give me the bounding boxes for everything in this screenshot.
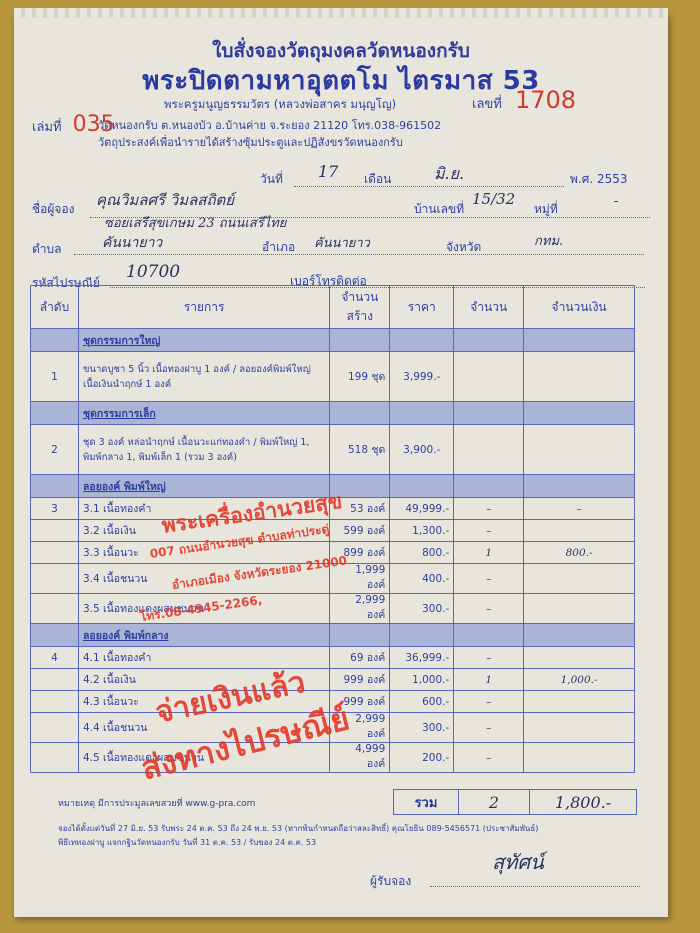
row-price: 1,000.- (390, 669, 454, 691)
row-item: ขนาดบูชา 5 นิ้ว เนื้อทองฝาบู 1 องค์ / ลอ… (78, 352, 329, 402)
footer-info1: จองได้ตั้งแต่วันที่ 27 มิ.ย. 53 รับพระ 2… (58, 822, 618, 835)
col-header-item: รายการ (78, 286, 329, 329)
doc-number-group: เลขที่ 1708 (472, 86, 576, 114)
table-row: 3.5 เนื้อทองแดงผสมชนวน2,999 องค์300.-– (31, 594, 635, 624)
moo-value[interactable]: - (614, 194, 618, 209)
row-price: 300.- (390, 594, 454, 624)
col-header-price: ราคา (390, 286, 454, 329)
section-title: ชุดกรรมการใหญ่ (78, 329, 329, 352)
row-no (31, 691, 79, 713)
row-amount[interactable]: 800.- (524, 542, 635, 564)
row-amount[interactable] (524, 520, 635, 542)
row-qty[interactable] (454, 352, 524, 402)
row-no: 4 (31, 647, 79, 669)
row-amount[interactable]: – (524, 498, 635, 520)
row-made: 518 ชุด (330, 425, 390, 475)
section-row: ชุดกรรมการเล็ก (31, 402, 635, 425)
row-amount[interactable] (524, 564, 635, 594)
doc-number: 1708 (515, 86, 576, 114)
total-label: รวม (394, 790, 459, 814)
row-made: 999 องค์ (330, 669, 390, 691)
row-qty[interactable]: – (454, 647, 524, 669)
row-no: 1 (31, 352, 79, 402)
section-title: ชุดกรรมการเล็ก (78, 402, 329, 425)
row-amount[interactable] (524, 713, 635, 743)
table-row: 2 ชุด 3 องค์ หล่อนำฤกษ์ เนื้อนวะแก่ทองคำ… (31, 425, 635, 475)
date-value[interactable]: 17 (318, 162, 338, 181)
row-no: 3 (31, 498, 79, 520)
row-amount[interactable]: 1,000.- (524, 669, 635, 691)
row-no (31, 743, 79, 773)
province-value[interactable]: กทม. (534, 230, 563, 251)
receiver-label: ผู้รับจอง (370, 872, 411, 891)
col-header-qty: จำนวน (454, 286, 524, 329)
col-header-no: ลำดับ (31, 286, 79, 329)
row-amount[interactable] (524, 352, 635, 402)
row-amount[interactable] (524, 691, 635, 713)
row-qty[interactable]: – (454, 564, 524, 594)
row-price: 36,999.- (390, 647, 454, 669)
row-amount[interactable] (524, 594, 635, 624)
row-qty[interactable]: 1 (454, 542, 524, 564)
row-price: 600.- (390, 691, 454, 713)
row-no (31, 669, 79, 691)
tambon-label: ตำบล (32, 240, 62, 259)
footer-note: หมายเหตุ มีการประมูลเลขสวยที่ www.g-pra.… (58, 796, 255, 810)
row-price: 200.- (390, 743, 454, 773)
total-amount[interactable]: 1,800.- (530, 790, 636, 814)
section-title: ลอยองค์ พิมพ์กลาง (78, 624, 329, 647)
row-made: 199 ชุด (330, 352, 390, 402)
purpose-line: วัตถุประสงค์เพื่อนำรายได้สร้างซุ้มประตูแ… (98, 133, 403, 151)
row-price: 300.- (390, 713, 454, 743)
house-value[interactable]: 15/32 (472, 190, 515, 208)
table-header-row: ลำดับ รายการ จำนวนสร้าง ราคา จำนวน จำนวน… (31, 286, 635, 329)
row-price: 400.- (390, 564, 454, 594)
col-header-made: จำนวนสร้าง (330, 286, 390, 329)
table-row: 44.1 เนื้อทองคำ69 องค์36,999.-– (31, 647, 635, 669)
row-made: 2,999 องค์ (330, 594, 390, 624)
table-row: 3.2 เนื้อเงิน599 องค์1,300.-– (31, 520, 635, 542)
table-row: 4.2 เนื้อเงิน999 องค์1,000.-11,000.- (31, 669, 635, 691)
row-made: 599 องค์ (330, 520, 390, 542)
row-no (31, 713, 79, 743)
section-row: ลอยองค์ พิมพ์กลาง (31, 624, 635, 647)
total-box: รวม 2 1,800.- (393, 789, 637, 815)
row-price: 1,300.- (390, 520, 454, 542)
row-qty[interactable] (454, 425, 524, 475)
row-qty[interactable]: – (454, 713, 524, 743)
row-no (31, 542, 79, 564)
row-qty[interactable]: 1 (454, 669, 524, 691)
row-no (31, 564, 79, 594)
address-line: วัดหนองกรับ ต.หนองบัว อ.บ้านค่าย จ.ระยอง… (98, 116, 441, 134)
row-no (31, 520, 79, 542)
row-no (31, 594, 79, 624)
row-qty[interactable]: – (454, 498, 524, 520)
row-qty[interactable]: – (454, 594, 524, 624)
row-amount[interactable] (524, 647, 635, 669)
amphoe-value[interactable]: คันนายาว (314, 232, 370, 253)
year-label: พ.ศ. 2553 (570, 170, 628, 189)
tambon-value[interactable]: คันนายาว (102, 232, 162, 254)
col-header-amount: จำนวนเงิน (524, 286, 635, 329)
postcode-value[interactable]: 10700 (126, 262, 180, 282)
row-qty[interactable]: – (454, 691, 524, 713)
street-value[interactable]: ซอยเสรีสุขเกษม 23 ถนนเสรีไทย (104, 212, 286, 233)
row-price: 3,900.- (390, 425, 454, 475)
date-label: วันที่ (260, 170, 283, 189)
doc-label: เลขที่ (472, 97, 502, 112)
row-no: 2 (31, 425, 79, 475)
row-qty[interactable]: – (454, 743, 524, 773)
row-item: ชุด 3 องค์ หล่อนำฤกษ์ เนื้อนวะแก่ทองคำ /… (78, 425, 329, 475)
name-value[interactable]: คุณวิมลศรี วิมลสถิตย์ (96, 188, 234, 212)
row-price: 49,999.- (390, 498, 454, 520)
total-qty[interactable]: 2 (459, 790, 530, 814)
section-row: ชุดกรรมการใหญ่ (31, 329, 635, 352)
row-price: 3,999.- (390, 352, 454, 402)
row-amount[interactable] (524, 425, 635, 475)
row-amount[interactable] (524, 743, 635, 773)
row-qty[interactable]: – (454, 520, 524, 542)
name-label: ชื่อผู้จอง (32, 200, 74, 219)
row-made: 4,999 องค์ (330, 743, 390, 773)
monk-line: พระครูมนูญธรรมวัตร (หลวงพ่อสาคร มนุญโญ) (164, 96, 396, 114)
row-made: 69 องค์ (330, 647, 390, 669)
book-label: เล่มที่ (32, 120, 62, 135)
footer-info2: พิธีเททองฝาบู แจกกฐินวัดหนองกรับ วันที่ … (58, 836, 316, 849)
row-price: 800.- (390, 542, 454, 564)
receiver-signature: สุทัศน์ (492, 846, 544, 878)
table-row: 1 ขนาดบูชา 5 นิ้ว เนื้อทองฝาบู 1 องค์ / … (31, 352, 635, 402)
month-value[interactable]: มิ.ย. (434, 162, 464, 187)
